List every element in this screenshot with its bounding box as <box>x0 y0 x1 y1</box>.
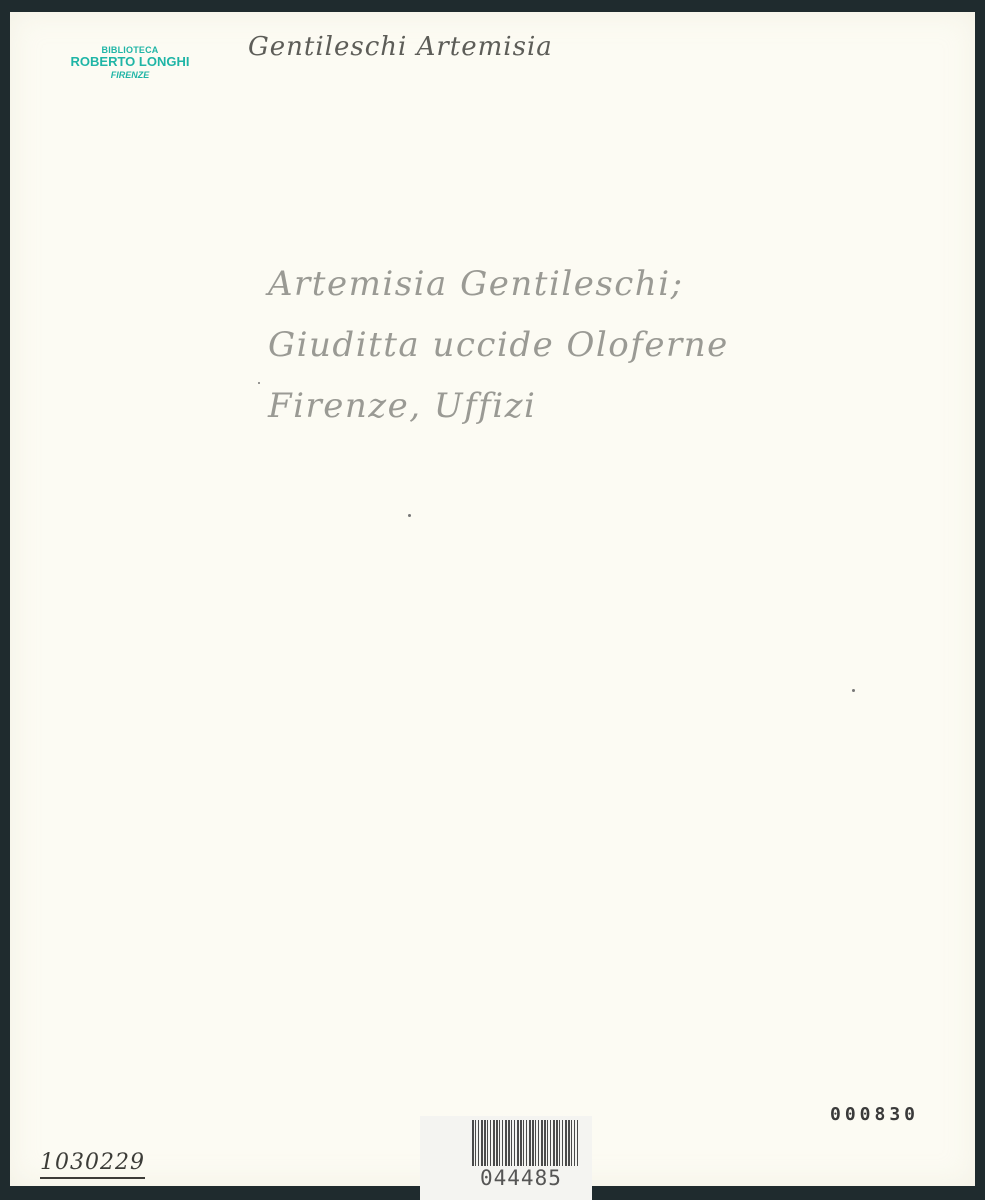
barcode-icon <box>472 1120 578 1166</box>
photo-verso-sheet: BIBLIOTECA ROBERTO LONGHI FIRENZE Gentil… <box>10 12 975 1186</box>
handwritten-artist-heading: Gentileschi Artemisia <box>248 32 553 62</box>
library-stamp: BIBLIOTECA ROBERTO LONGHI FIRENZE <box>50 45 210 81</box>
caption-line-artist: Artemisia Gentileschi; <box>268 254 729 315</box>
stamped-number: 000830 <box>830 1104 919 1125</box>
caption-line-location: Firenze, Uffizi <box>268 376 729 437</box>
caption-line-title: Giuditta uccide Oloferne <box>268 315 729 376</box>
handwritten-caption: Artemisia Gentileschi; Giuditta uccide O… <box>268 254 729 437</box>
speck <box>258 382 260 384</box>
barcode-number: 044485 <box>480 1166 562 1190</box>
speck <box>408 514 411 517</box>
speck <box>852 689 855 692</box>
stamp-line-3: FIRENZE <box>50 70 210 80</box>
stamp-line-2: ROBERTO LONGHI <box>50 55 210 70</box>
handwritten-inventory-number: 1030229 <box>40 1150 145 1179</box>
barcode-label: 044485 <box>420 1116 592 1200</box>
